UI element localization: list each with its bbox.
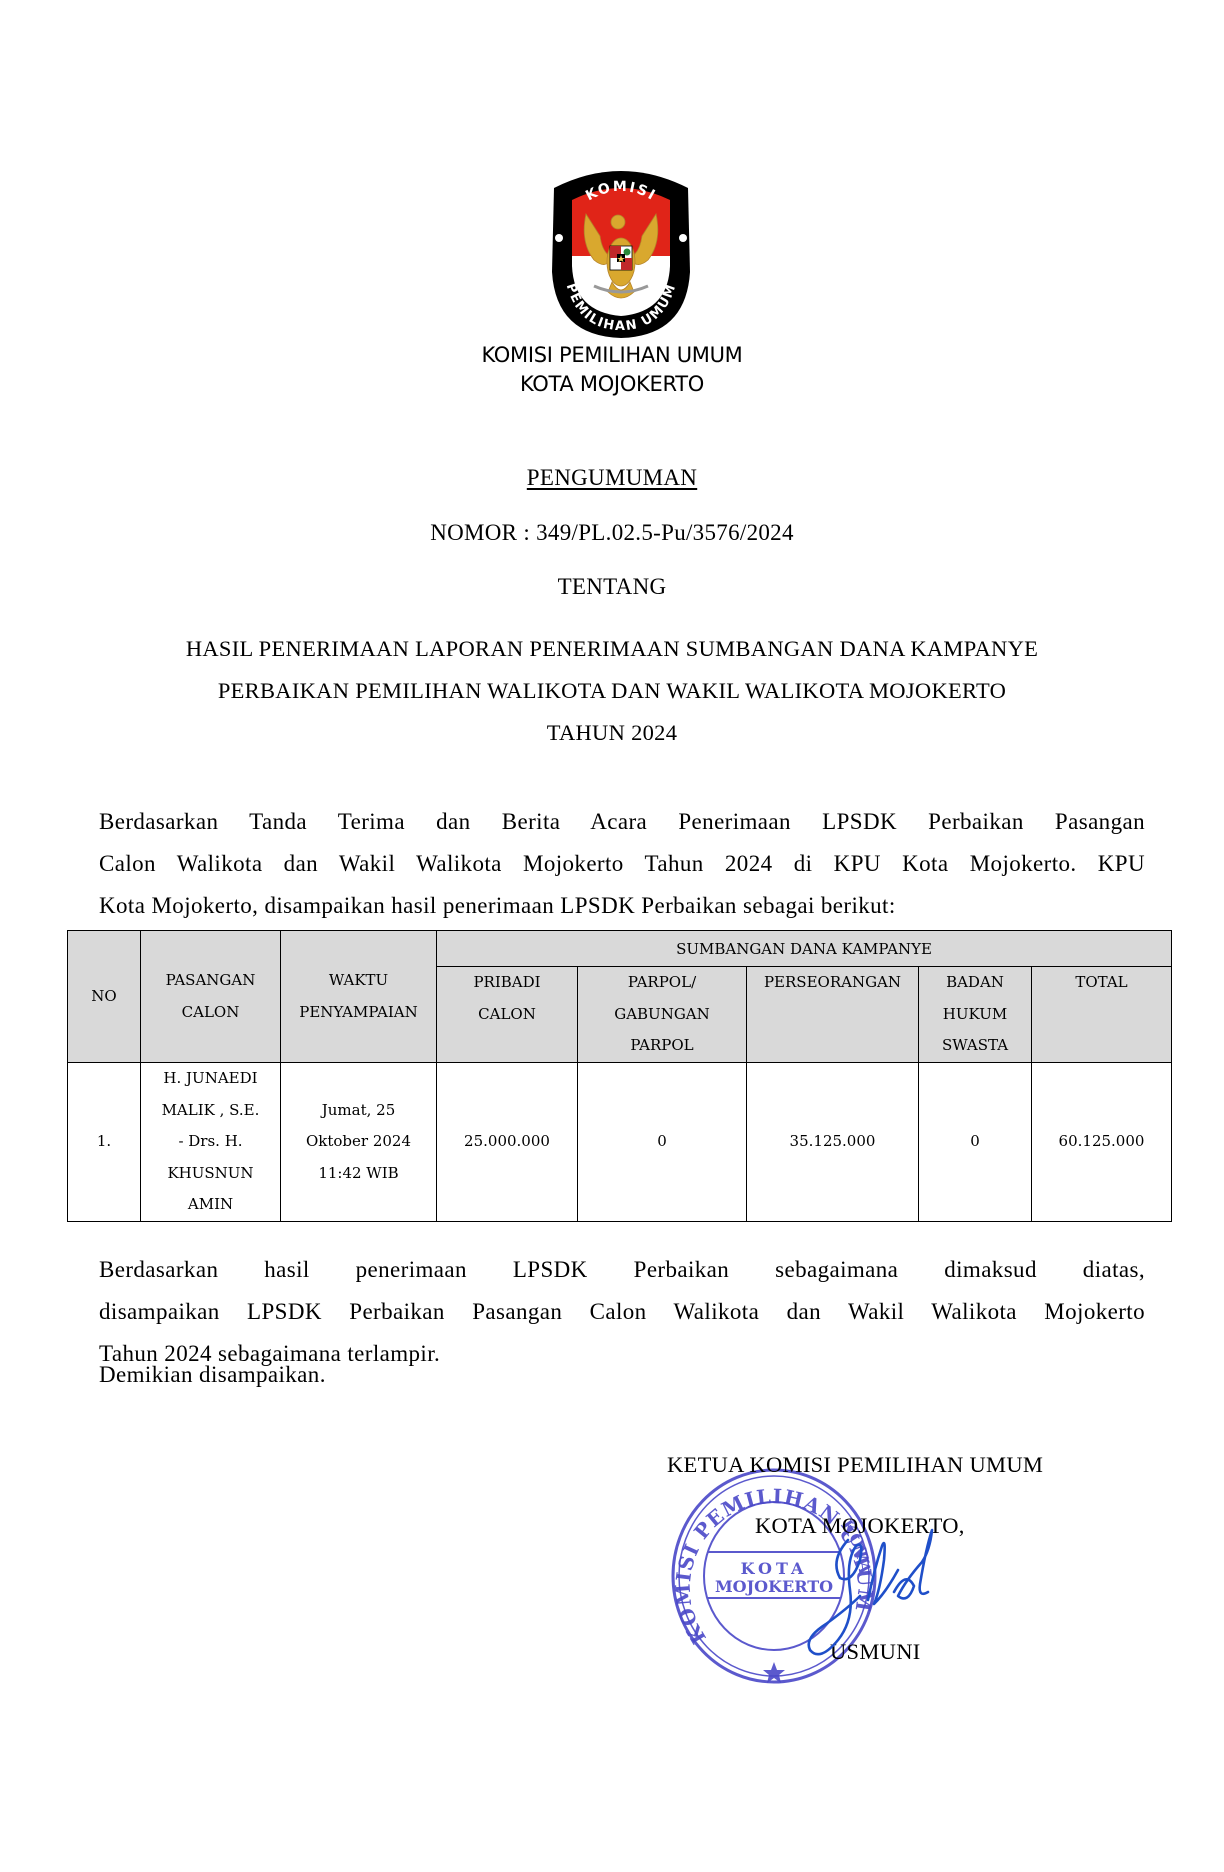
cell-perseorangan: 35.125.000 [747, 1063, 919, 1222]
header-badan-hukum-swasta: BADANHUKUMSWASTA [919, 967, 1032, 1063]
cell-badan-hukum-swasta: 0 [919, 1063, 1032, 1222]
signatory-title: KETUA KOMISI PEMILIHAN UMUM [667, 1452, 1043, 1478]
intro-paragraph: Berdasarkan Tanda Terima dan Berita Acar… [99, 801, 1145, 927]
cell-waktu-penyampaian: Jumat, 25Oktober 202411:42 WIB [281, 1063, 437, 1222]
cell-no: 1. [68, 1063, 141, 1222]
kpu-logo-icon: KOMISI PEMILIHAN UMUM [544, 162, 698, 338]
cell-total: 60.125.000 [1032, 1063, 1172, 1222]
header-pasangan-calon: PASANGANCALON [141, 931, 281, 1063]
donation-table: NO PASANGANCALON WAKTUPENYAMPAIAN SUMBAN… [67, 930, 1172, 1222]
org-city: KOTA MOJOKERTO [0, 372, 1224, 396]
subject-line-2: PERBAIKAN PEMILIHAN WALIKOTA DAN WAKIL W… [0, 678, 1224, 704]
announcement-title: PENGUMUMAN [0, 465, 1224, 491]
table-row: 1. H. JUNAEDIMALIK , S.E.- Drs. H.KHUSNU… [68, 1063, 1172, 1222]
closing-line: disampaikan LPSDK Perbaikan Pasangan Cal… [99, 1291, 1145, 1333]
handwritten-signature-icon [790, 1500, 950, 1670]
header-total: TOTAL [1032, 967, 1172, 1063]
cell-pasangan-calon: H. JUNAEDIMALIK , S.E.- Drs. H.KHUSNUNAM… [141, 1063, 281, 1222]
subject-line-1: HASIL PENERIMAAN LAPORAN PENERIMAAN SUMB… [0, 636, 1224, 662]
header-no: NO [68, 931, 141, 1063]
intro-line: Berdasarkan Tanda Terima dan Berita Acar… [99, 801, 1145, 843]
closing-remark: Demikian disampaikan. [99, 1354, 1145, 1396]
subject-line-3: TAHUN 2024 [0, 720, 1224, 746]
intro-line: Kota Mojokerto, disampaikan hasil peneri… [99, 885, 1145, 927]
intro-line: Calon Walikota dan Wakil Walikota Mojoke… [99, 843, 1145, 885]
header-sumbangan-dana-kampanye: SUMBANGAN DANA KAMPANYE [437, 931, 1172, 967]
header-pribadi-calon: PRIBADICALON [437, 967, 578, 1063]
org-name: KOMISI PEMILIHAN UMUM [0, 343, 1224, 367]
closing-line: Berdasarkan hasil penerimaan LPSDK Perba… [99, 1249, 1145, 1291]
cell-parpol: 0 [578, 1063, 747, 1222]
cell-pribadi-calon: 25.000.000 [437, 1063, 578, 1222]
about-label: TENTANG [0, 574, 1224, 600]
header-waktu-penyampaian: WAKTUPENYAMPAIAN [281, 931, 437, 1063]
header-perseorangan: PERSEORANGAN [747, 967, 919, 1063]
announcement-number: NOMOR : 349/PL.02.5-Pu/3576/2024 [0, 520, 1224, 546]
header-parpol: PARPOL/GABUNGANPARPOL [578, 967, 747, 1063]
